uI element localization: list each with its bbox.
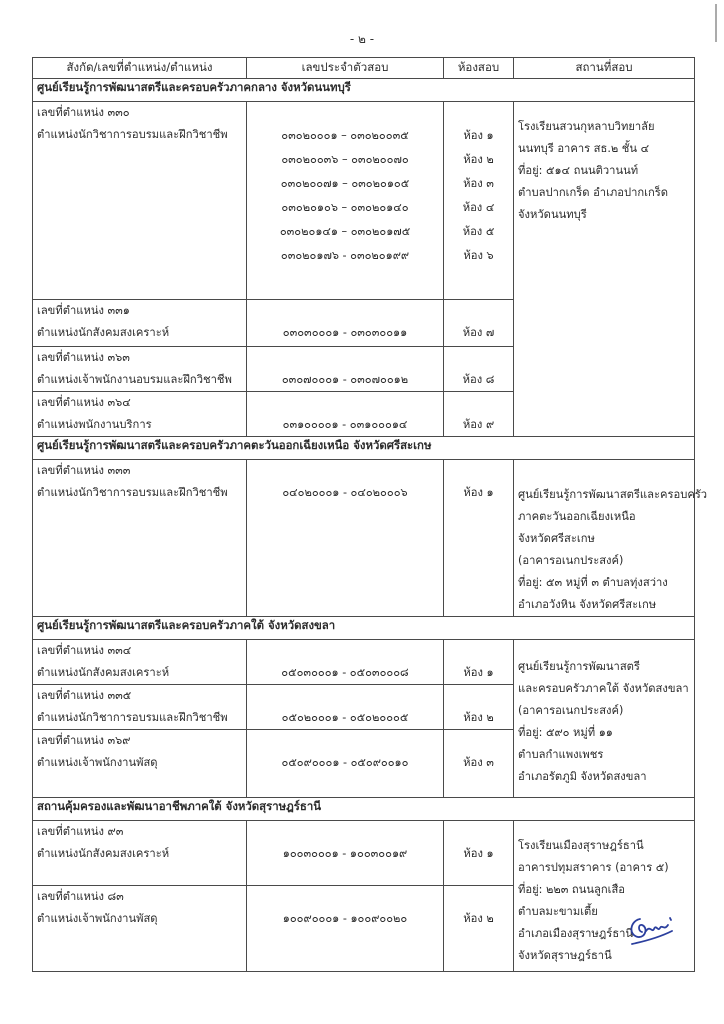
exam-room: ห้อง ๑ (448, 124, 509, 148)
exam-id-cell: ๐๓๑๐๐๐๐๑ - ๐๓๑๐๐๐๑๔ (247, 392, 444, 437)
position-title: ตำแหน่งเจ้าพนักงานอบรมและฝึกวิชาชีพ (37, 369, 242, 391)
position-cell: เลขที่ตำแหน่ง ๓๖๙ตำแหน่งเจ้าพนักงานพัสดุ (33, 730, 247, 798)
exam-id-cell: ๐๓๐๓๐๐๐๑ - ๐๓๐๓๐๐๑๑ (247, 300, 444, 347)
section-header-row: ศูนย์เรียนรู้การพัฒนาสตรีและครอบครัวภาคต… (33, 437, 695, 460)
exam-id-cell: ๐๔๐๒๐๐๐๑ - ๐๔๐๒๐๐๐๖ (247, 460, 444, 617)
exam-id-cell: ๐๓๐๗๐๐๐๑ - ๐๓๐๗๐๐๑๒ (247, 347, 444, 392)
header-location: สถานที่สอบ (514, 58, 695, 79)
position-title: ตำแหน่งนักสังคมสงเคราะห์ (37, 843, 242, 865)
section-title: ศูนย์เรียนรู้การพัฒนาสตรีและครอบครัวภาคต… (33, 437, 695, 460)
position-number: เลขที่ตำแหน่ง ๓๖๙ (37, 730, 242, 752)
location-line: ที่อยู่: ๕๑๔ ถนนติวานนท์ (518, 160, 690, 182)
room-cell: ห้อง ๑ (444, 640, 514, 685)
exam-id-range: ๐๔๐๒๐๐๐๑ - ๐๔๐๒๐๐๐๖ (251, 482, 439, 504)
exam-id-range: ๐๓๐๒๐๐๓๖ – ๐๓๐๒๐๐๗๐ (251, 148, 439, 172)
exam-id-range: ๑๐๐๙๐๐๐๑ - ๑๐๐๙๐๐๒๐ (251, 908, 439, 930)
exam-room: ห้อง ๒ (448, 908, 509, 930)
location-line: อำเภอรัตภูมิ จังหวัดสงขลา (518, 766, 690, 788)
exam-room: ห้อง ๔ (448, 196, 509, 220)
location-line: ศูนย์เรียนรู้การพัฒนาสตรีและครอบครัว (518, 484, 690, 506)
table-row: เลขที่ตำแหน่ง ๓๓๓ตำแหน่งนักวิชาการอบรมแล… (33, 460, 695, 617)
section-header-row: ศูนย์เรียนรู้การพัฒนาสตรีและครอบครัวภาคใ… (33, 617, 695, 640)
room-cell: ห้อง ๒ (444, 685, 514, 730)
location-line: นนทบุรี อาคาร สธ.๒ ชั้น ๔ (518, 138, 690, 160)
exam-location-cell: ศูนย์เรียนรู้การพัฒนาสตรีและครอบครัวภาคต… (514, 460, 695, 617)
position-cell: เลขที่ตำแหน่ง ๓๓๕ตำแหน่งนักวิชาการอบรมแล… (33, 685, 247, 730)
position-number: เลขที่ตำแหน่ง ๓๓๔ (37, 640, 242, 662)
exam-id-range: ๑๐๐๓๐๐๐๑ - ๑๐๐๓๐๐๑๙ (251, 843, 439, 865)
section-title: ศูนย์เรียนรู้การพัฒนาสตรีและครอบครัวภาคใ… (33, 617, 695, 640)
section-title: ศูนย์เรียนรู้การพัฒนาสตรีและครอบครัวภาคก… (33, 79, 695, 102)
exam-id-range: ๐๓๐๓๐๐๐๑ - ๐๓๐๓๐๐๑๑ (251, 322, 439, 344)
position-number: เลขที่ตำแหน่ง ๓๓๓ (37, 460, 242, 482)
table-row: เลขที่ตำแหน่ง ๙๓ตำแหน่งนักสังคมสงเคราะห์… (33, 821, 695, 886)
header-exam-id: เลขประจำตัวสอบ (247, 58, 444, 79)
position-cell: เลขที่ตำแหน่ง ๓๓๓ตำแหน่งนักวิชาการอบรมแล… (33, 460, 247, 617)
room-cell: ห้อง ๙ (444, 392, 514, 437)
position-number: เลขที่ตำแหน่ง ๙๓ (37, 821, 242, 843)
location-line: ที่อยู่: ๕๙๐ หมู่ที่ ๑๑ (518, 722, 690, 744)
location-line: โรงเรียนเมืองสุราษฎร์ธานี (518, 835, 690, 857)
room-cell: ห้อง ๗ (444, 300, 514, 347)
page-number: - ๒ - (0, 30, 724, 49)
location-line: (อาคารอเนกประสงค์) (518, 700, 690, 722)
position-title: ตำแหน่งนักสังคมสงเคราะห์ (37, 662, 242, 684)
location-line: จังหวัดนนทบุรี (518, 204, 690, 226)
exam-id-cell: ๐๕๐๓๐๐๐๑ - ๐๕๐๓๐๐๐๘ (247, 640, 444, 685)
position-cell: เลขที่ตำแหน่ง ๓๓๐ตำแหน่งนักวิชาการอบรมแล… (33, 102, 247, 300)
exam-id-range: ๐๓๐๒๐๑๐๖ – ๐๓๐๒๐๑๔๐ (251, 196, 439, 220)
exam-id-range: ๐๕๐๙๐๐๐๑ - ๐๕๐๙๐๐๑๐ (251, 752, 439, 774)
room-cell: ห้อง ๓ (444, 730, 514, 798)
section-header-row: สถานคุ้มครองและพัฒนาอาชีพภาคใต้ จังหวัดส… (33, 798, 695, 821)
location-line: และครอบครัวภาคใต้ จังหวัดสงขลา (518, 678, 690, 700)
exam-room: ห้อง ๑ (448, 482, 509, 504)
room-cell: ห้อง ๑ (444, 460, 514, 617)
exam-id-cell: ๐๓๐๒๐๐๐๑ – ๐๓๐๒๐๐๓๕๐๓๐๒๐๐๓๖ – ๐๓๐๒๐๐๗๐๐๓… (247, 102, 444, 300)
exam-id-range: ๐๓๐๒๐๐๐๑ – ๐๓๐๒๐๐๓๕ (251, 124, 439, 148)
location-line: ศูนย์เรียนรู้การพัฒนาสตรี (518, 656, 690, 678)
position-cell: เลขที่ตำแหน่ง ๓๖๓ตำแหน่งเจ้าพนักงานอบรมแ… (33, 347, 247, 392)
exam-id-range: ๐๕๐๓๐๐๐๑ - ๐๕๐๓๐๐๐๘ (251, 662, 439, 684)
location-line: ตำบลปากเกร็ด อำเภอปากเกร็ด (518, 182, 690, 204)
position-title: ตำแหน่งเจ้าพนักงานพัสดุ (37, 908, 242, 930)
location-line: (อาคารอเนกประสงค์) (518, 550, 690, 572)
table-row: เลขที่ตำแหน่ง ๓๓๔ตำแหน่งนักสังคมสงเคราะห… (33, 640, 695, 685)
location-line: อาคารปทุมสราคาร (อาคาร ๕) (518, 857, 690, 879)
exam-room: ห้อง ๓ (448, 752, 509, 774)
location-line: อำเภอวังหิน จังหวัดศรีสะเกษ (518, 594, 690, 616)
position-cell: เลขที่ตำแหน่ง ๙๓ตำแหน่งนักสังคมสงเคราะห์ (33, 821, 247, 886)
exam-id-range: ๐๓๑๐๐๐๐๑ - ๐๓๑๐๐๐๑๔ (251, 414, 439, 436)
exam-location-cell: โรงเรียนสวนกุหลาบวิทยาลัยนนทบุรี อาคาร ส… (514, 102, 695, 437)
exam-id-range: ๐๕๐๒๐๐๐๑ - ๐๕๐๒๐๐๐๕ (251, 707, 439, 729)
exam-id-cell: ๐๕๐๙๐๐๐๑ - ๐๕๐๙๐๐๑๐ (247, 730, 444, 798)
room-cell: ห้อง ๑ห้อง ๒ห้อง ๓ห้อง ๔ห้อง ๕ห้อง ๖ (444, 102, 514, 300)
header-room: ห้องสอบ (444, 58, 514, 79)
table-header-row: สังกัด/เลขที่ตำแหน่ง/ตำแหน่ง เลขประจำตัว… (33, 58, 695, 79)
table-row: เลขที่ตำแหน่ง ๓๓๐ตำแหน่งนักวิชาการอบรมแล… (33, 102, 695, 300)
position-title: ตำแหน่งเจ้าพนักงานพัสดุ (37, 752, 242, 774)
location-line: ที่อยู่: ๕๓ หมู่ที่ ๓ ตำบลทุ่งสว่าง (518, 572, 690, 594)
position-cell: เลขที่ตำแหน่ง ๓๓๑ตำแหน่งนักสังคมสงเคราะห… (33, 300, 247, 347)
exam-room: ห้อง ๗ (448, 322, 509, 344)
position-cell: เลขที่ตำแหน่ง ๓๓๔ตำแหน่งนักสังคมสงเคราะห… (33, 640, 247, 685)
exam-id-range: ๐๓๐๒๐๑๔๑ – ๐๓๐๒๐๑๗๕ (251, 220, 439, 244)
exam-room: ห้อง ๖ (448, 244, 509, 268)
exam-room: ห้อง ๒ (448, 707, 509, 729)
exam-room: ห้อง ๙ (448, 414, 509, 436)
position-number: เลขที่ตำแหน่ง ๓๓๕ (37, 685, 242, 707)
position-title: ตำแหน่งนักวิชาการอบรมและฝึกวิชาชีพ (37, 707, 242, 729)
exam-room: ห้อง ๑ (448, 662, 509, 684)
exam-id-cell: ๑๐๐๙๐๐๐๑ - ๑๐๐๙๐๐๒๐ (247, 886, 444, 972)
handwritten-signature-icon (626, 913, 686, 951)
header-position: สังกัด/เลขที่ตำแหน่ง/ตำแหน่ง (33, 58, 247, 79)
position-title: ตำแหน่งนักวิชาการอบรมและฝึกวิชาชีพ (37, 124, 242, 146)
section-title: สถานคุ้มครองและพัฒนาอาชีพภาคใต้ จังหวัดส… (33, 798, 695, 821)
location-line: ภาคตะวันออกเฉียงเหนือ (518, 506, 690, 528)
exam-id-range: ๐๓๐๒๐๐๗๑ – ๐๓๐๒๐๑๐๕ (251, 172, 439, 196)
position-title: ตำแหน่งนักสังคมสงเคราะห์ (37, 322, 242, 344)
location-line: โรงเรียนสวนกุหลาบวิทยาลัย (518, 116, 690, 138)
position-number: เลขที่ตำแหน่ง ๓๖๓ (37, 347, 242, 369)
exam-room: ห้อง ๒ (448, 148, 509, 172)
position-cell: เลขที่ตำแหน่ง ๘๓ตำแหน่งเจ้าพนักงานพัสดุ (33, 886, 247, 972)
position-title: ตำแหน่งพนักงานบริการ (37, 414, 242, 436)
location-line: ที่อยู่: ๒๒๓ ถนนลูกเสือ (518, 879, 690, 901)
position-number: เลขที่ตำแหน่ง ๓๓๐ (37, 102, 242, 124)
exam-id-cell: ๑๐๐๓๐๐๐๑ - ๑๐๐๓๐๐๑๙ (247, 821, 444, 886)
exam-schedule-table: สังกัด/เลขที่ตำแหน่ง/ตำแหน่ง เลขประจำตัว… (32, 57, 695, 972)
location-line: ตำบลกำแพงเพชร (518, 744, 690, 766)
position-title: ตำแหน่งนักวิชาการอบรมและฝึกวิชาชีพ (37, 482, 242, 504)
exam-id-range: ๐๓๐๒๐๑๗๖ - ๐๓๐๒๐๑๙๙ (251, 244, 439, 268)
room-cell: ห้อง ๑ (444, 821, 514, 886)
position-number: เลขที่ตำแหน่ง ๓๖๔ (37, 392, 242, 414)
section-header-row: ศูนย์เรียนรู้การพัฒนาสตรีและครอบครัวภาคก… (33, 79, 695, 102)
exam-location-cell: ศูนย์เรียนรู้การพัฒนาสตรีและครอบครัวภาคใ… (514, 640, 695, 798)
room-cell: ห้อง ๒ (444, 886, 514, 972)
location-line: จังหวัดศรีสะเกษ (518, 528, 690, 550)
exam-id-cell: ๐๕๐๒๐๐๐๑ - ๐๕๐๒๐๐๐๕ (247, 685, 444, 730)
exam-room: ห้อง ๓ (448, 172, 509, 196)
position-cell: เลขที่ตำแหน่ง ๓๖๔ตำแหน่งพนักงานบริการ (33, 392, 247, 437)
position-number: เลขที่ตำแหน่ง ๓๓๑ (37, 300, 242, 322)
exam-room: ห้อง ๕ (448, 220, 509, 244)
exam-room: ห้อง ๑ (448, 843, 509, 865)
exam-room: ห้อง ๘ (448, 369, 509, 391)
room-cell: ห้อง ๘ (444, 347, 514, 392)
exam-id-range: ๐๓๐๗๐๐๐๑ - ๐๓๐๗๐๐๑๒ (251, 369, 439, 391)
position-number: เลขที่ตำแหน่ง ๘๓ (37, 886, 242, 908)
